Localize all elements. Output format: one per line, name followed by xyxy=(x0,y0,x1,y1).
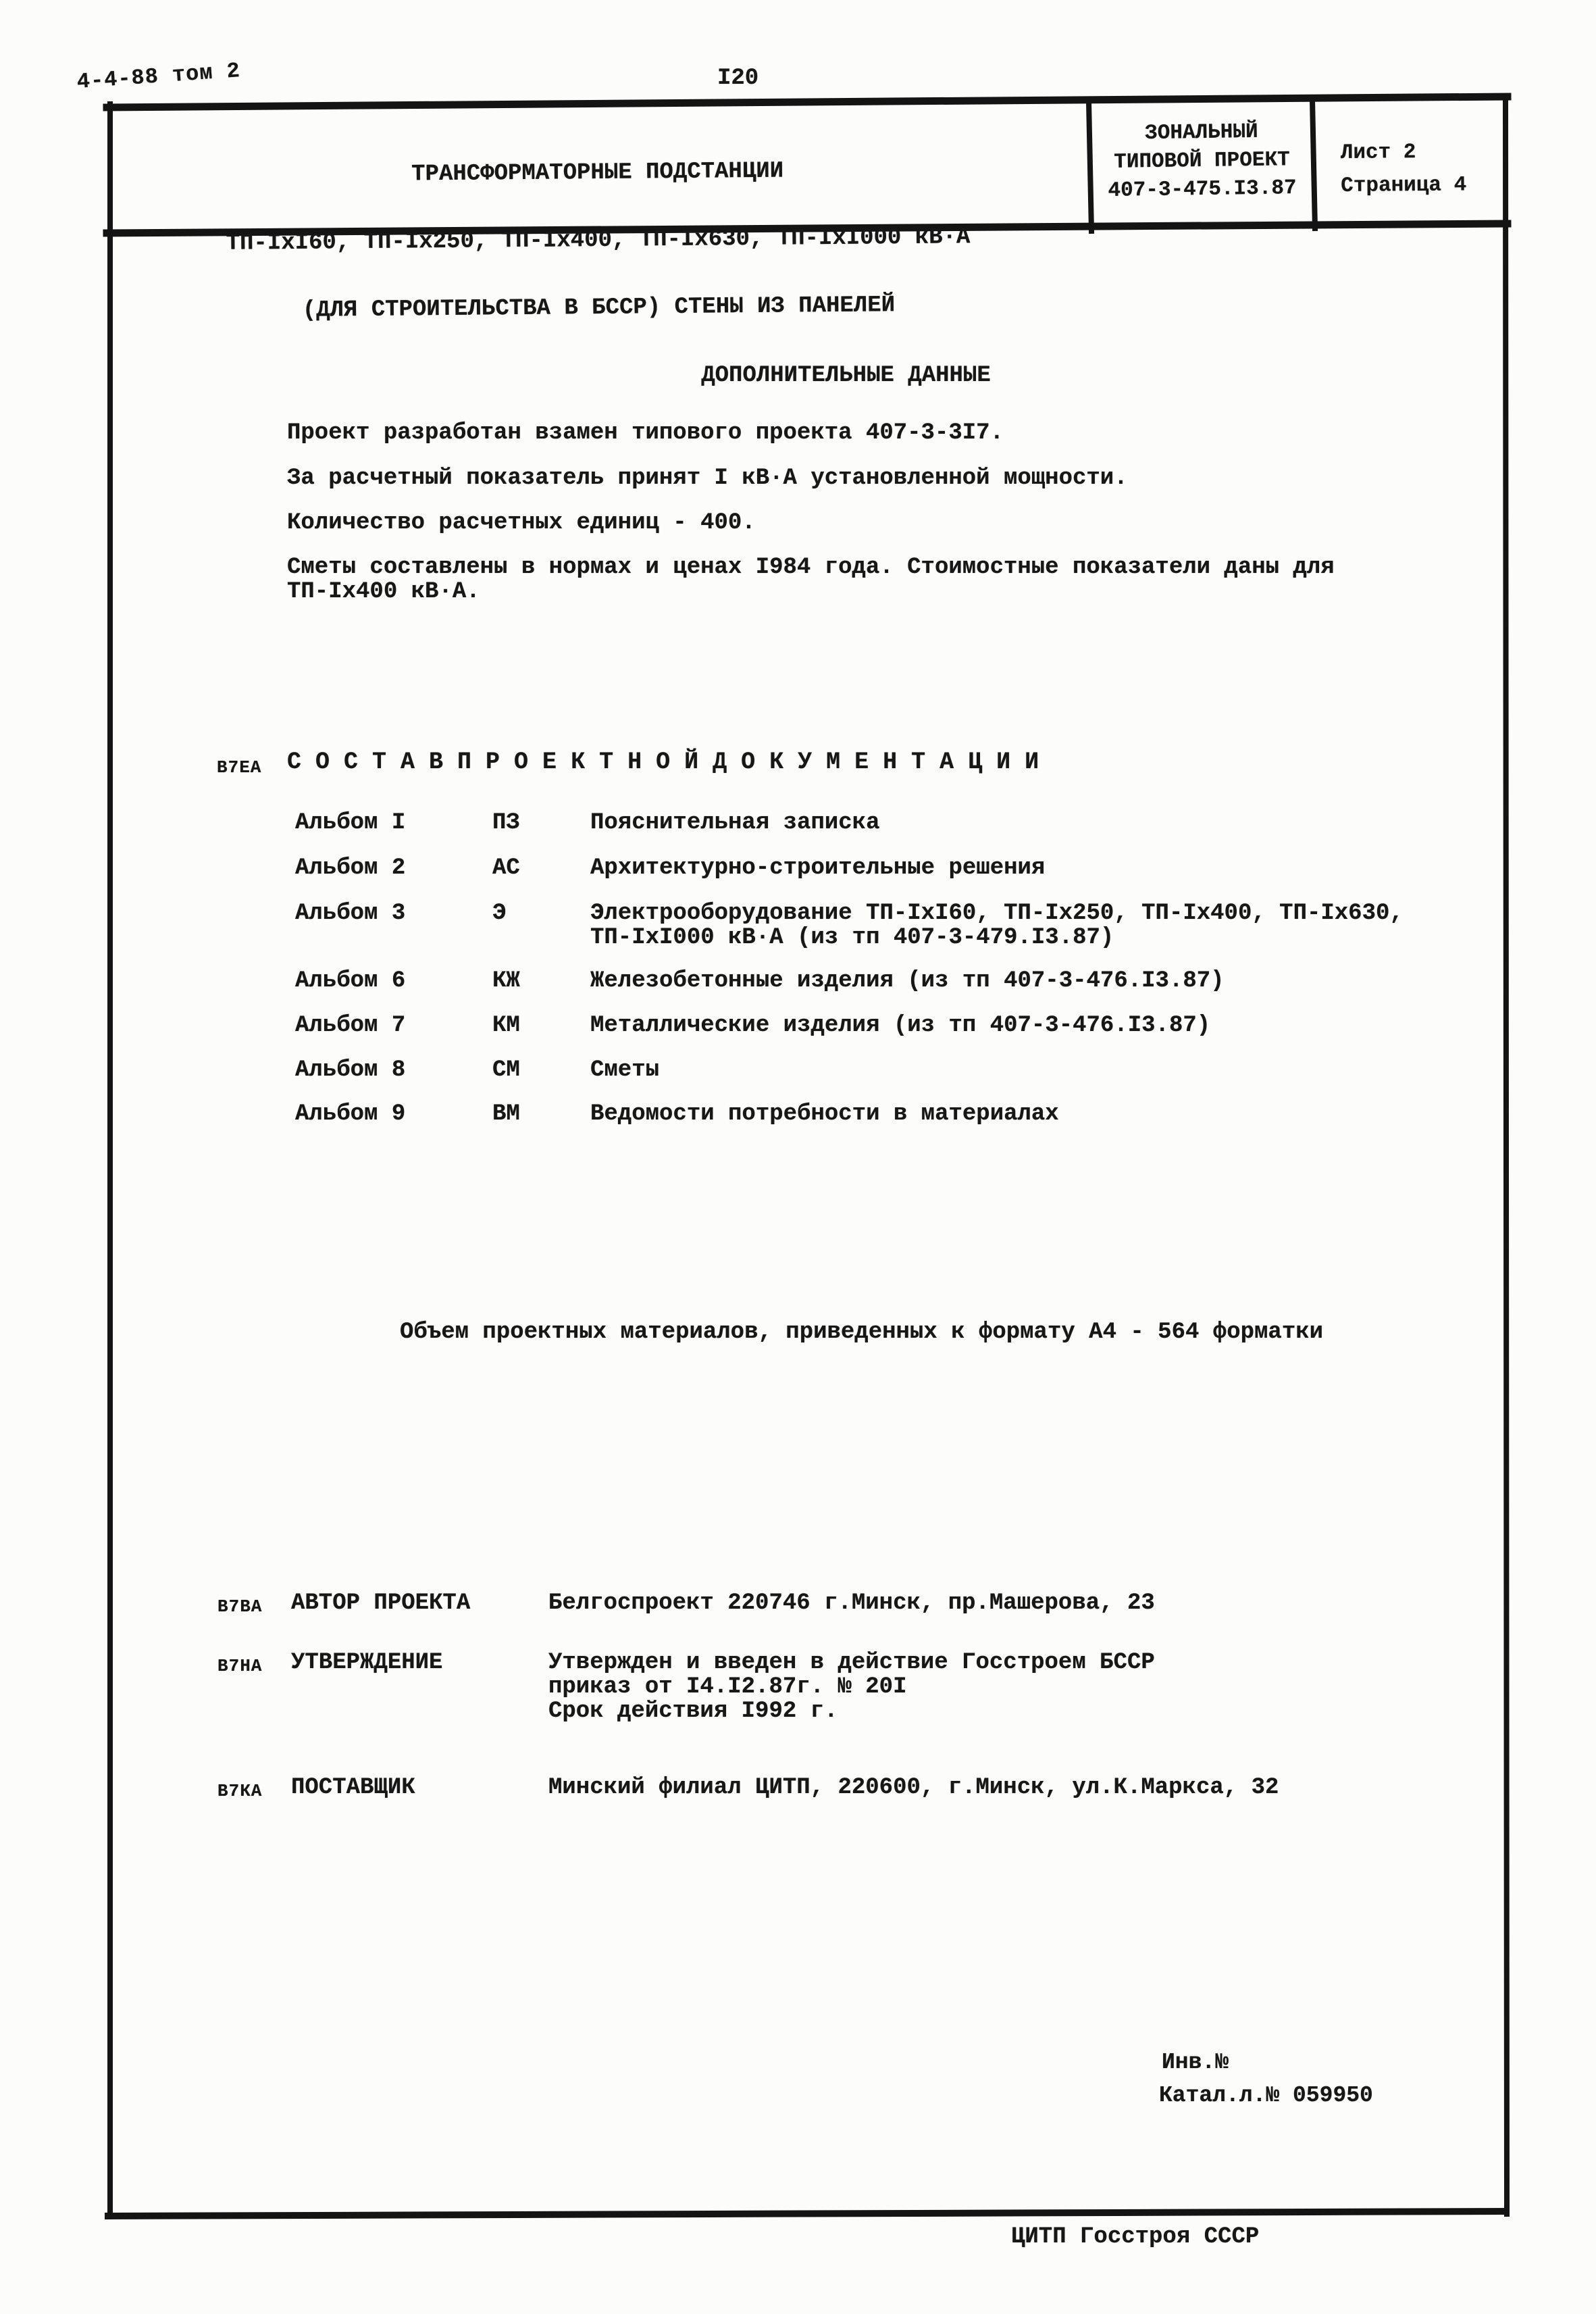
paragraph-replaced-project: Проект разработан взамен типового проект… xyxy=(287,421,1395,445)
album-6-name: Альбом 6 xyxy=(295,969,405,993)
album-8-name: Альбом 8 xyxy=(295,1058,405,1082)
supplier-label: ПОСТАВЩИК xyxy=(291,1776,415,1800)
album-9-name: Альбом 9 xyxy=(295,1102,405,1126)
album-9-desc: Ведомости потребности в материалах xyxy=(590,1102,1441,1126)
document-title-block: ТРАНСФОРМАТОРНЫЕ ПОДСТАНЦИИ ТП-IxI60, ТП… xyxy=(107,118,1089,363)
frame-bottom-line xyxy=(108,2211,1506,2216)
paragraph-calculation-units: Количество расчетных единиц - 400. xyxy=(287,511,1395,535)
title-line-1: ТРАНСФОРМАТОРНЫЕ ПОДСТАНЦИИ xyxy=(107,152,1087,195)
additional-data-heading: ДОПОЛНИТЕЛЬНЫЕ ДАННЫЕ xyxy=(287,363,1405,388)
album-2-name: Альбом 2 xyxy=(295,856,405,880)
album-6-code: КЖ xyxy=(492,969,520,993)
paragraph-calculation-indicator: За расчетный показатель принят I кВ·А ус… xyxy=(287,466,1395,491)
classifier-code-supplier: В7КА xyxy=(217,1782,262,1801)
classifier-code-author: В7ВА xyxy=(217,1597,262,1616)
album-1-desc: Пояснительная записка xyxy=(590,811,1441,835)
album-7-code: КМ xyxy=(492,1013,520,1038)
page-number: I20 xyxy=(717,66,758,91)
album-3-name: Альбом 3 xyxy=(295,901,405,926)
album-8-code: СМ xyxy=(492,1058,520,1082)
album-2-code: АС xyxy=(492,856,520,880)
classifier-code-composition: В7ЕА xyxy=(217,758,261,777)
author-label: АВТОР ПРОЕКТА xyxy=(291,1591,470,1615)
frame-right-line xyxy=(1505,97,1507,2214)
publisher-footer: ЦИТП Госстроя СССР xyxy=(1011,2225,1259,2249)
composition-heading: С О С Т А В П Р О Е К Т Н О Й Д О К У М … xyxy=(287,750,1039,774)
inventory-number-label: Инв.№ xyxy=(1162,2051,1229,2075)
album-3-code: Э xyxy=(492,901,506,926)
album-3-desc: Электрооборудование ТП-IxI60, ТП-Ix250, … xyxy=(590,901,1441,950)
album-9-code: ВМ xyxy=(492,1102,520,1126)
title-line-2: ТП-IxI60, ТП-Ix250, ТП-Ix400, ТП-Ix630, … xyxy=(107,220,1088,262)
frame-top-line xyxy=(107,97,1508,107)
album-8-desc: Сметы xyxy=(590,1058,1441,1082)
author-value: Белгоспроект 220746 г.Минск, пр.Машерова… xyxy=(548,1591,1413,1615)
approval-value: Утвержден и введен в действие Госстроем … xyxy=(548,1651,1413,1724)
scanned-document-page: 4-4-88 том 2 I20 ТРАНСФОРМАТОРНЫЕ ПОДСТА… xyxy=(0,0,1596,2314)
approval-label: УТВЕРЖДЕНИЕ xyxy=(291,1651,442,1675)
title-line-3: (ДЛЯ СТРОИТЕЛЬСТВА В БССР) СТЕНЫ ИЗ ПАНЕ… xyxy=(108,287,1089,330)
project-number-box: ЗОНАЛЬНЫЙ ТИПОВОЙ ПРОЕКТ 407-3-475.I3.87 xyxy=(1091,118,1313,206)
catalog-number-label: Катал.л.№ 059950 xyxy=(1159,2084,1373,2108)
classifier-code-approval: В7НА xyxy=(217,1657,262,1676)
supplier-value: Минский филиал ЦИТП, 220600, г.Минск, ул… xyxy=(548,1776,1413,1800)
album-7-desc: Металлические изделия (из тп 407-3-476.I… xyxy=(590,1013,1441,1038)
album-1-name: Альбом I xyxy=(295,811,405,835)
album-1-code: ПЗ xyxy=(492,811,520,835)
album-2-desc: Архитектурно-строительные решения xyxy=(590,856,1441,880)
header-divider-2 xyxy=(1312,100,1315,228)
album-7-name: Альбом 7 xyxy=(295,1013,405,1038)
paragraph-estimates: Сметы составлены в нормах и ценах I984 г… xyxy=(287,555,1395,604)
sheet-page-box: Лист 2 Страница 4 xyxy=(1341,135,1503,203)
volume-note: Объем проектных материалов, приведенных … xyxy=(400,1320,1323,1344)
album-6-desc: Железобетонные изделия (из тп 407-3-476.… xyxy=(590,969,1441,993)
